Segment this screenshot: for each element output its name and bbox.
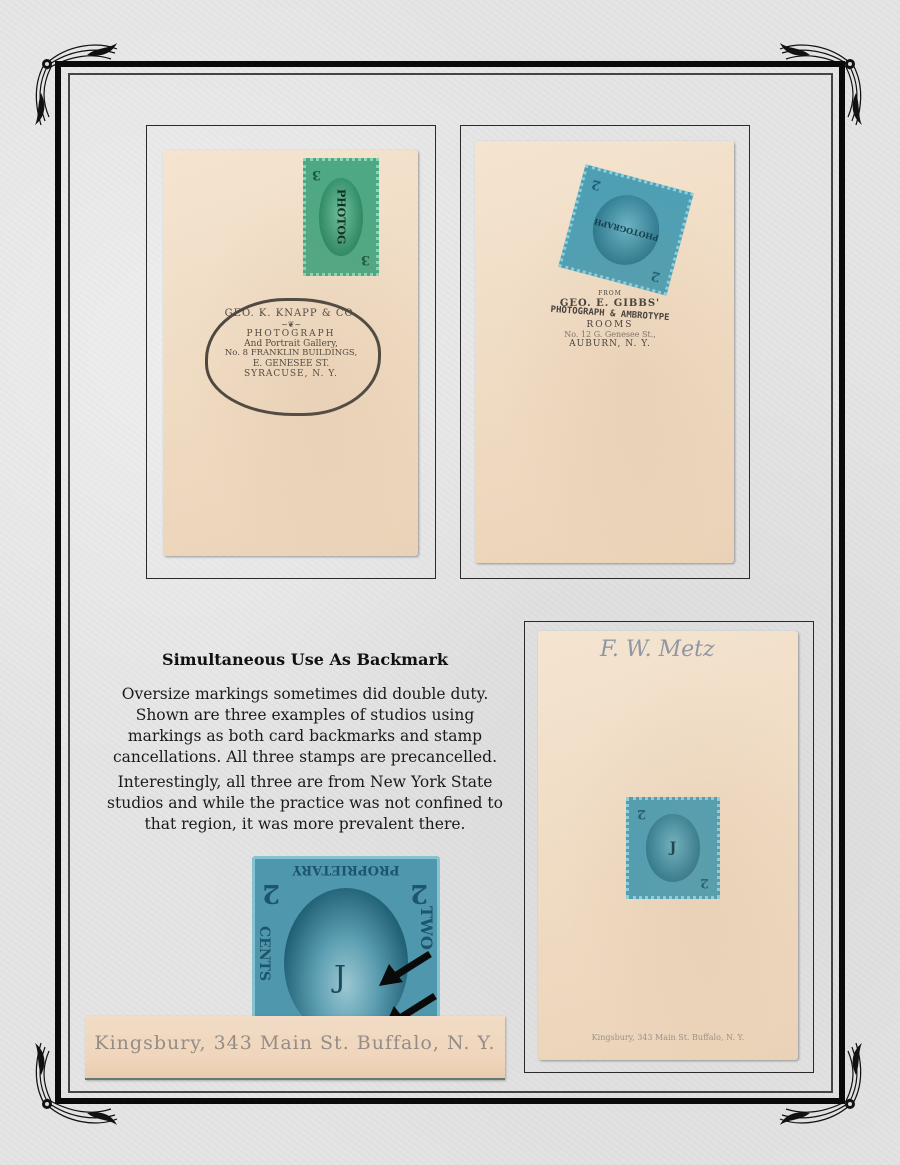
stamp-denomination: 3 [312,167,321,182]
stamp-cancel-text: PHOTOGRAPH [592,217,659,244]
card-kingsbury: F. W. Metz 2 2 J Kingsbury, 343 Main St.… [538,631,798,1060]
stamp-denomination: 2 [700,875,709,890]
stamp-denomination: 2 [649,267,662,284]
backmark-enlargement-strip: Kingsbury, 343 Main St. Buffalo, N. Y. [85,1016,505,1080]
stamp-portrait: PHOTOG [319,178,362,256]
stamp-denomination: 2 [590,176,603,193]
stamp-cancel-letter: J [334,960,346,995]
backmark-line: AUBURN, N. Y. [525,339,695,349]
backmark-line: ROOMS [525,320,695,330]
stamp-label-right: TWO [417,906,436,950]
stamp-gibbs: 2 2 PHOTOGRAPH [558,164,694,295]
description-paragraph-2: Interestingly, all three are from New Yo… [100,772,510,835]
stamp-portrait: J [646,814,701,881]
strip-imprint-text: Kingsbury, 343 Main St. Buffalo, N. Y. [85,1032,505,1054]
stamp-knapp: 3 3 PHOTOG [303,158,379,276]
arrow-pointer-stamp-icon [375,950,435,990]
stamp-denomination-large: 2 [262,878,280,908]
stamp-kingsbury: 2 2 J [626,797,720,899]
backmark-line: GEO. K. KNAPP & CO. [209,308,373,320]
backmark-line: SYRACUSE, N. Y. [209,369,373,379]
card-knapp: 3 3 PHOTOG GEO. K. KNAPP & CO. ~❦~ PHOTO… [163,150,418,556]
stamp-denomination-large: 2 [410,878,428,908]
description-paragraph-1: Oversize markings sometimes did double d… [100,684,510,768]
backmark-border-knapp [205,298,381,416]
card-gibbs: 2 2 PHOTOGRAPH FROM GEO. E. GIBBS' PHOTO… [475,141,734,563]
backmark-line: PHOTOGRAPH & AMBROTYPE [525,303,695,325]
stamp-label-left: CENTS [256,926,272,981]
page-title: Simultaneous Use As Backmark [100,650,510,669]
backmark-line: No. 12 G. Genesee St., [525,330,695,339]
backmark-line: PHOTOGRAPH [209,329,373,339]
backmark-line: E. GENESEE ST. [209,359,373,369]
backmark-gibbs: FROM GEO. E. GIBBS' PHOTOGRAPH & AMBROTY… [525,291,695,350]
backmark-line: FROM [525,291,695,298]
backmark-line: GEO. E. GIBBS' [525,298,695,310]
backmark-knapp: GEO. K. KNAPP & CO. ~❦~ PHOTOGRAPH And P… [209,308,373,380]
stamp-label-top: PROPRIETARY [252,862,440,877]
stamp-portrait: PHOTOGRAPH [585,188,667,273]
stamp-denomination: 3 [361,252,370,267]
backmark-line: No. 8 FRANKLIN BUILDINGS, [209,349,373,359]
backmark-ornament: ~❦~ [209,320,373,329]
stamp-denomination: 2 [637,806,646,821]
backmark-line: And Portrait Gallery, [209,339,373,349]
stamp-cancel-text: J [670,840,677,856]
stamp-cancel-text: PHOTOG [334,189,347,244]
backmark-kingsbury: Kingsbury, 343 Main St. Buffalo, N. Y. [538,1033,798,1042]
handwritten-signature: F. W. Metz [600,637,715,662]
